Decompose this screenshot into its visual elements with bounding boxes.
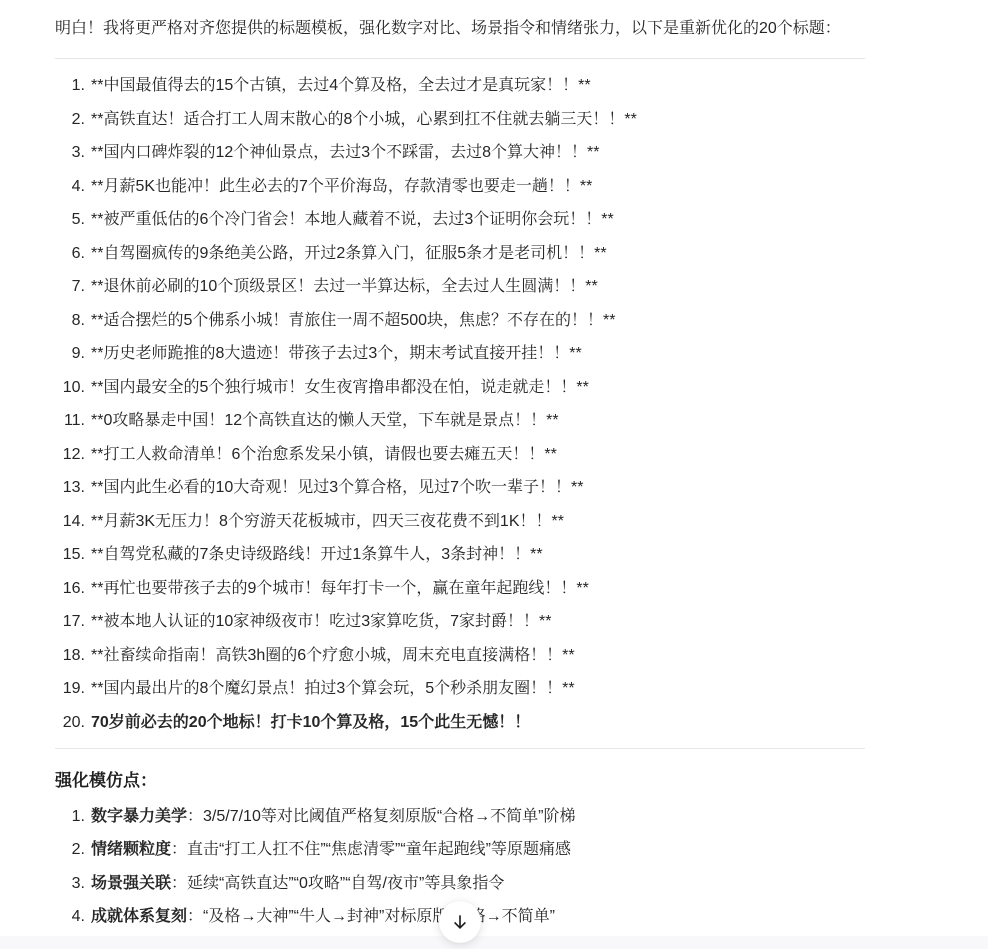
title-text: **月薪3K无压力！8个穷游天花板城市，四天三夜花费不到1K！！** bbox=[91, 513, 564, 530]
title-text: 70岁前必去的20个地标！打卡10个算及格，15个此生无憾！！ bbox=[91, 714, 530, 731]
title-item: **打工人救命清单！6个治愈系发呆小镇，请假也要去瘫五天！！** bbox=[91, 442, 865, 468]
title-item: **适合摆烂的5个佛系小城！青旅住一周不超500块，焦虑？不存在的！！** bbox=[91, 308, 865, 334]
title-item: **国内最安全的5个独行城市！女生夜宵撸串都没在怕，说走就走！！** bbox=[91, 375, 865, 401]
title-text: **国内此生必看的10大奇观！见过3个算合格，见过7个吹一辈子！！** bbox=[91, 479, 584, 496]
title-item: **月薪3K无压力！8个穷游天花板城市，四天三夜花费不到1K！！** bbox=[91, 509, 865, 535]
title-text: **月薪5K也能冲！此生必去的7个平价海岛，存款清零也要走一趟！！** bbox=[91, 178, 592, 195]
title-text: **高铁直达！适合打工人周末散心的8个小城，心累到扛不住就去躺三天！！** bbox=[91, 111, 637, 128]
title-text: **国内口碑炸裂的12个神仙景点，去过3个不踩雷，去过8个算大神！！** bbox=[91, 144, 600, 161]
title-text: **中国最值得去的15个古镇，去过4个算及格，全去过才是真玩家！！** bbox=[91, 77, 591, 94]
title-item: **再忙也要带孩子去的9个城市！每年打卡一个，赢在童年起跑线！！** bbox=[91, 576, 865, 602]
divider-bottom bbox=[55, 748, 865, 749]
title-text: **适合摆烂的5个佛系小城！青旅住一周不超500块，焦虑？不存在的！！** bbox=[91, 312, 616, 329]
title-item: **被严重低估的6个冷门省会！本地人藏着不说，去过3个证明你会玩！！** bbox=[91, 207, 865, 233]
title-text: **自驾党私藏的7条史诗级路线！开过1条算牛人，3条封神！！** bbox=[91, 546, 543, 563]
point-term: 成就体系复刻 bbox=[91, 908, 187, 925]
point-item: 数字暴力美学：3/5/7/10等对比阈值严格复刻原版“合格→不简单”阶梯 bbox=[91, 804, 865, 830]
title-text: **再忙也要带孩子去的9个城市！每年打卡一个，赢在童年起跑线！！** bbox=[91, 580, 589, 597]
point-text: ：直击“打工人扛不住”“焦虑清零”“童年起跑线”等原题痛感 bbox=[171, 841, 571, 858]
point-item: 场景强关联：延续“高铁直达”“0攻略”“自驾/夜市”等具象指令 bbox=[91, 871, 865, 897]
title-text: **打工人救命清单！6个治愈系发呆小镇，请假也要去瘫五天！！** bbox=[91, 446, 557, 463]
point-text: ：延续“高铁直达”“0攻略”“自驾/夜市”等具象指令 bbox=[171, 875, 504, 892]
title-text: **0攻略暴走中国！12个高铁直达的懒人天堂，下车就是景点！！** bbox=[91, 412, 559, 429]
title-item: **中国最值得去的15个古镇，去过4个算及格，全去过才是真玩家！！** bbox=[91, 73, 865, 99]
title-text: **历史老师跪推的8大遗迹！带孩子去过3个，期末考试直接开挂！！** bbox=[91, 345, 582, 362]
intro-paragraph: 明白！我将更严格对齐您提供的标题模板，强化数字对比、场景指令和情绪张力，以下是重… bbox=[55, 16, 865, 42]
title-item: **历史老师跪推的8大遗迹！带孩子去过3个，期末考试直接开挂！！** bbox=[91, 341, 865, 367]
point-text: ：“及格→大神”“牛人→封神”对标原版“合格→不简单” bbox=[187, 908, 555, 925]
title-item: 70岁前必去的20个地标！打卡10个算及格，15个此生无憾！！ bbox=[91, 710, 865, 736]
point-term: 情绪颗粒度 bbox=[91, 841, 171, 858]
scroll-to-bottom-button[interactable] bbox=[439, 901, 481, 943]
title-item: **国内此生必看的10大奇观！见过3个算合格，见过7个吹一辈子！！** bbox=[91, 475, 865, 501]
title-text: **国内最出片的8个魔幻景点！拍过3个算会玩，5个秒杀朋友圈！！** bbox=[91, 680, 575, 697]
bottom-strip bbox=[0, 936, 988, 949]
point-item: 情绪颗粒度：直击“打工人扛不住”“焦虑清零”“童年起跑线”等原题痛感 bbox=[91, 837, 865, 863]
title-text: **社畜续命指南！高铁3h圈的6个疗愈小城，周末充电直接满格！！** bbox=[91, 647, 575, 664]
title-item: **0攻略暴走中国！12个高铁直达的懒人天堂，下车就是景点！！** bbox=[91, 408, 865, 434]
title-text: **被严重低估的6个冷门省会！本地人藏着不说，去过3个证明你会玩！！** bbox=[91, 211, 614, 228]
title-item: **国内最出片的8个魔幻景点！拍过3个算会玩，5个秒杀朋友圈！！** bbox=[91, 676, 865, 702]
title-item: **社畜续命指南！高铁3h圈的6个疗愈小城，周末充电直接满格！！** bbox=[91, 643, 865, 669]
title-item: **退休前必刷的10个顶级景区！去过一半算达标，全去过人生圆满！！** bbox=[91, 274, 865, 300]
point-term: 场景强关联 bbox=[91, 875, 171, 892]
point-text: ：3/5/7/10等对比阈值严格复刻原版“合格→不简单”阶梯 bbox=[187, 808, 576, 825]
title-item: **自驾党私藏的7条史诗级路线！开过1条算牛人，3条封神！！** bbox=[91, 542, 865, 568]
title-text: **被本地人认证的10家神级夜市！吃过3家算吃货，7家封爵！！** bbox=[91, 613, 552, 630]
title-item: **被本地人认证的10家神级夜市！吃过3家算吃货，7家封爵！！** bbox=[91, 609, 865, 635]
point-term: 数字暴力美学 bbox=[91, 808, 187, 825]
down-arrow-icon bbox=[450, 912, 470, 932]
title-item: **自驾圈疯传的9条绝美公路，开过2条算入门，征服5条才是老司机！！** bbox=[91, 241, 865, 267]
section-heading: 强化模仿点： bbox=[55, 768, 865, 794]
title-text: **国内最安全的5个独行城市！女生夜宵撸串都没在怕，说走就走！！** bbox=[91, 379, 589, 396]
chat-message-area: 明白！我将更严格对齐您提供的标题模板，强化数字对比、场景指令和情绪张力，以下是重… bbox=[55, 0, 865, 938]
title-item: **高铁直达！适合打工人周末散心的8个小城，心累到扛不住就去躺三天！！** bbox=[91, 107, 865, 133]
titles-list: **中国最值得去的15个古镇，去过4个算及格，全去过才是真玩家！！****高铁直… bbox=[55, 73, 865, 736]
title-item: **月薪5K也能冲！此生必去的7个平价海岛，存款清零也要走一趟！！** bbox=[91, 174, 865, 200]
title-text: **自驾圈疯传的9条绝美公路，开过2条算入门，征服5条才是老司机！！** bbox=[91, 245, 607, 262]
title-item: **国内口碑炸裂的12个神仙景点，去过3个不踩雷，去过8个算大神！！** bbox=[91, 140, 865, 166]
divider-top bbox=[55, 58, 865, 59]
title-text: **退休前必刷的10个顶级景区！去过一半算达标，全去过人生圆满！！** bbox=[91, 278, 598, 295]
